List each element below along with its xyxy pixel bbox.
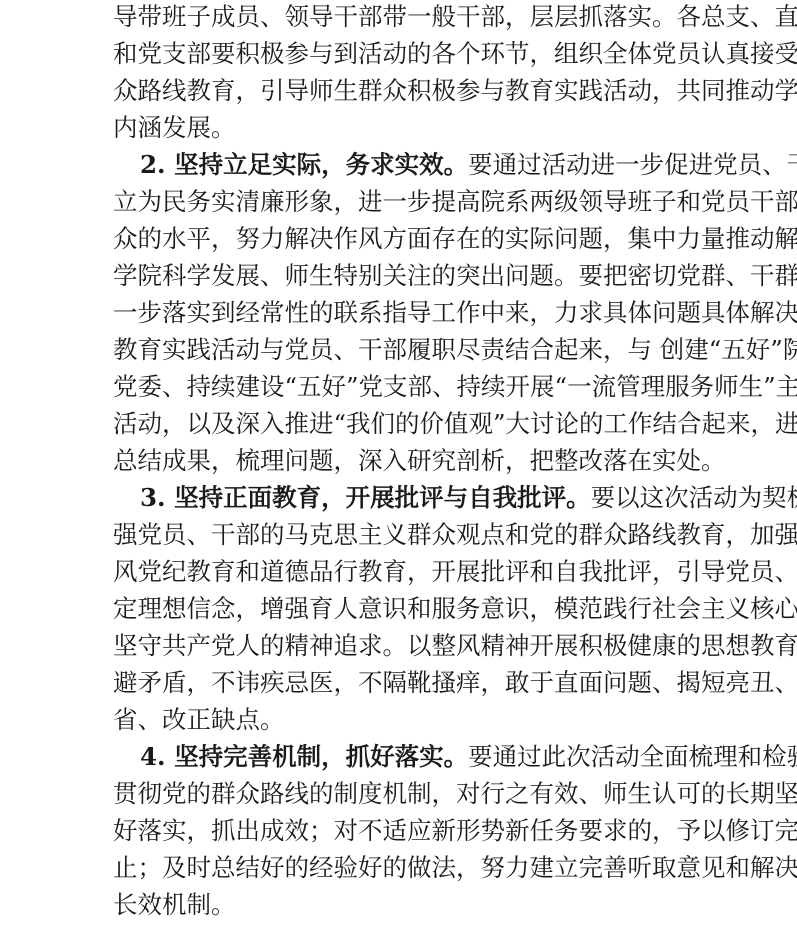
line-text: 众路线教育，引导师生群众积极参与教育实践活动，共同推动学院实现	[113, 76, 797, 105]
paragraph-line: 内涵发展。	[113, 113, 691, 143]
line-text: 省、改正缺点。	[113, 705, 285, 734]
line-text: 众的水平，努力解决作风方面存在的实际问题，集中力量推动解决制约	[113, 224, 797, 253]
line-text: 避矛盾，不讳疾忌医，不隔靴搔痒，敢于直面问题、揭短亮丑、深刻反	[113, 668, 797, 697]
point-3-title: 3. 坚持正面教育，开展批评与自我批评。	[140, 483, 591, 512]
line-text: 活动，以及深入推进“我们的价值观”大讨论的工作结合起来，进一步	[113, 409, 797, 438]
line-text: 内涵发展。	[113, 113, 236, 142]
line-text: 教育实践活动与党员、干部履职尽责结合起来，与 创建“五好”院级	[113, 335, 797, 364]
paragraph-line: 避矛盾，不讳疾忌医，不隔靴搔痒，敢于直面问题、揭短亮丑、深刻反	[113, 668, 691, 698]
paragraph-line: 总结成果，梳理问题，深入研究剖析，把整改落在实处。	[113, 446, 691, 476]
paragraph-line: 风党纪教育和道德品行教育，开展批评和自我批评，引导党员、干部坚	[113, 557, 691, 587]
paragraph-line: 贯彻党的群众路线的制度机制，对行之有效、师生认可的长期坚持，抓	[113, 779, 691, 809]
document-page: 导带班子成员、领导干部带一般干部，层层抓落实。各总支、直属支部 和党支部要积极参…	[0, 0, 797, 937]
line-text: 风党纪教育和道德品行教育，开展批评和自我批评，引导党员、干部坚	[113, 557, 797, 586]
paragraph-line: 止；及时总结好的经验好的做法，努力建立完善听取意见和解决问题的	[113, 853, 691, 883]
line-text: 党委、持续建设“五好”党支部、持续开展“一流管理服务师生”主题	[113, 372, 797, 401]
paragraph-line: 众路线教育，引导师生群众积极参与教育实践活动，共同推动学院实现	[113, 76, 691, 106]
line-text: 导带班子成员、领导干部带一般干部，层层抓落实。各总支、直属支部	[113, 2, 797, 31]
paragraph-line: 和党支部要积极参与到活动的各个环节，组织全体党员认真接受党的群	[113, 39, 691, 69]
line-text: 止；及时总结好的经验好的做法，努力建立完善听取意见和解决问题的	[113, 853, 797, 882]
line-text: 要通过活动进一步促进党员、干部树	[468, 150, 797, 179]
line-text: 坚守共产党人的精神追求。以整风精神开展积极健康的思想教育，不回	[113, 631, 797, 660]
line-text: 好落实，抓出成效；对不适应新形势新任务要求的，予以修订完善或废	[113, 816, 797, 845]
paragraph-line: 省、改正缺点。	[113, 705, 691, 735]
paragraph-line: 党委、持续建设“五好”党支部、持续开展“一流管理服务师生”主题	[113, 372, 691, 402]
line-text: 和党支部要积极参与到活动的各个环节，组织全体党员认真接受党的群	[113, 39, 797, 68]
line-text: 立为民务实清廉形象，进一步提高院系两级领导班子和党员干部服务群	[113, 187, 797, 216]
point-4-heading-line: 4. 坚持完善机制，抓好落实。要通过此次活动全面梳理和检验学院	[140, 742, 691, 772]
line-text: 定理想信念，增强育人意识和服务意识，模范践行社会主义核心价值观，	[113, 594, 797, 623]
paragraph-line: 众的水平，努力解决作风方面存在的实际问题，集中力量推动解决制约	[113, 224, 691, 254]
point-3-heading-line: 3. 坚持正面教育，开展批评与自我批评。要以这次活动为契机，加	[140, 483, 691, 513]
paragraph-line: 一步落实到经常性的联系指导工作中来，力求具体问题具体解决。要把	[113, 298, 691, 328]
line-text: 总结成果，梳理问题，深入研究剖析，把整改落在实处。	[113, 446, 726, 475]
line-text: 一步落实到经常性的联系指导工作中来，力求具体问题具体解决。要把	[113, 298, 797, 327]
paragraph-line: 立为民务实清廉形象，进一步提高院系两级领导班子和党员干部服务群	[113, 187, 691, 217]
line-text: 要以这次活动为契机，加	[591, 483, 797, 512]
line-text: 学院科学发展、师生特别关注的突出问题。要把密切党群、干群关系进	[113, 261, 797, 290]
paragraph-line: 学院科学发展、师生特别关注的突出问题。要把密切党群、干群关系进	[113, 261, 691, 291]
paragraph-line: 活动，以及深入推进“我们的价值观”大讨论的工作结合起来，进一步	[113, 409, 691, 439]
point-4-title: 4. 坚持完善机制，抓好落实。	[140, 742, 468, 771]
paragraph-line: 导带班子成员、领导干部带一般干部，层层抓落实。各总支、直属支部	[113, 2, 691, 32]
paragraph-line: 坚守共产党人的精神追求。以整风精神开展积极健康的思想教育，不回	[113, 631, 691, 661]
paragraph-line: 强党员、干部的马克思主义群众观点和党的群众路线教育，加强党性党	[113, 520, 691, 550]
paragraph-line: 好落实，抓出成效；对不适应新形势新任务要求的，予以修订完善或废	[113, 816, 691, 846]
paragraph-line: 长效机制。	[113, 890, 691, 920]
paragraph-line: 定理想信念，增强育人意识和服务意识，模范践行社会主义核心价值观，	[113, 594, 691, 624]
line-text: 要通过此次活动全面梳理和检验学院	[468, 742, 797, 771]
line-text: 长效机制。	[113, 890, 236, 919]
line-text: 强党员、干部的马克思主义群众观点和党的群众路线教育，加强党性党	[113, 520, 797, 549]
line-text: 贯彻党的群众路线的制度机制，对行之有效、师生认可的长期坚持，抓	[113, 779, 797, 808]
point-2-heading-line: 2. 坚持立足实际，务求实效。要通过活动进一步促进党员、干部树	[140, 150, 691, 180]
paragraph-line: 教育实践活动与党员、干部履职尽责结合起来，与 创建“五好”院级	[113, 335, 691, 365]
point-2-title: 2. 坚持立足实际，务求实效。	[140, 150, 468, 179]
